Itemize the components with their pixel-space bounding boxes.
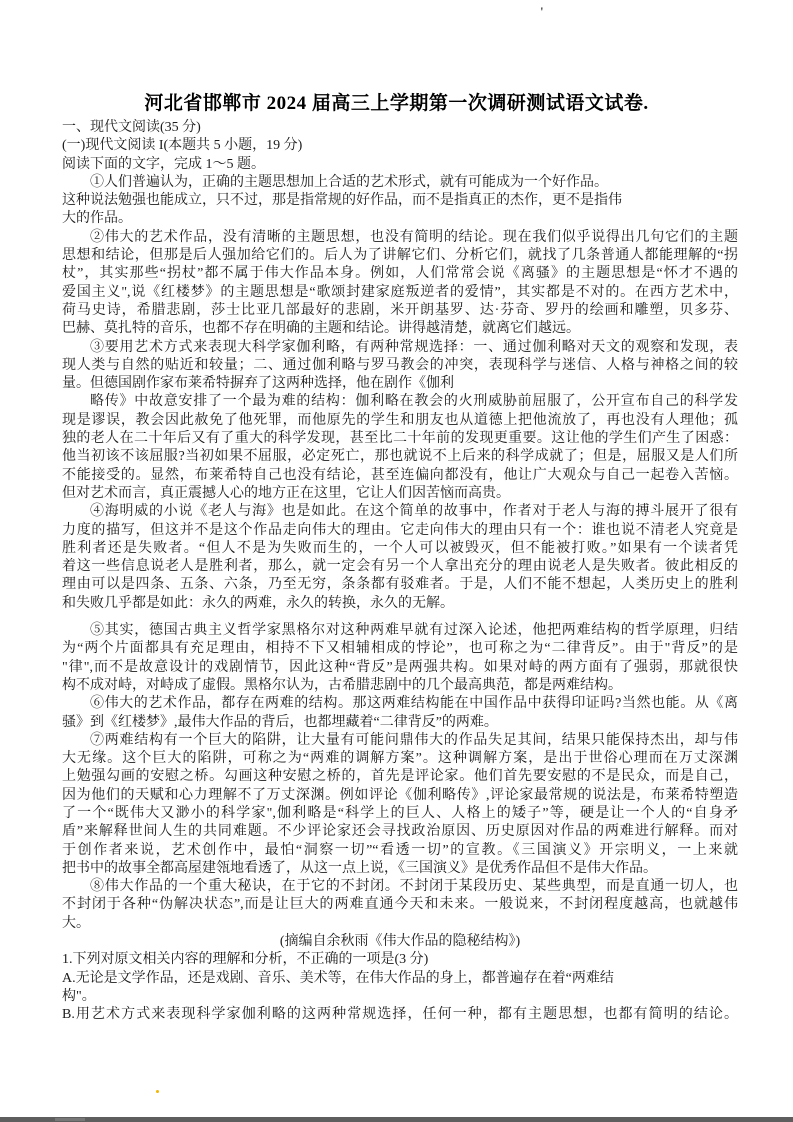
text-line: "律",而不是故意设计的戏剧情节，因此这种“背反”是两强共构。如果对峙的两方面有… (62, 659, 738, 677)
text-line: ⑦两难结构有一个巨大的陷阱，让大量有可能问鼎伟大的作品失足其间，结果只能保持杰出… (62, 732, 738, 750)
text-line: 略传》中故意安排了一个最为难的结构：伽利略在教会的火刑威胁前屈服了，公开宣布自己… (62, 393, 738, 411)
text-line: 盾”来解释世间人生的共同难题。不少评论家还会寻找政治原因、历史原因对作品的两难进… (62, 823, 738, 841)
text-line: 骚》到《红楼梦》,最伟大作品的背后，也都埋藏着“二律背反”的两难。 (62, 714, 738, 732)
text-line: 构"。 (62, 988, 738, 1006)
text-line: 构不成对峙，对峙成了虚假。黑格尔认为，古希腊悲剧中的几个最高典范，都是两难结构。 (62, 677, 738, 695)
text-line: 胜利者还是失败者。“但人不是为失败而生的，一个人可以被毁灭，但不能被打败。”如果… (62, 540, 738, 558)
text-line: 大。 (62, 915, 738, 933)
text-line: 杖”，其实那些“拐杖”都不属于伟大作品本身。例如，人们常常会说《离骚》的主题思想… (62, 265, 738, 283)
text-line: 上勉强勾画的安慰之桥。勾画这种安慰之桥的，首先是评论家。他们首先要安慰的不是民众… (62, 768, 738, 786)
text-line: 独的老人在二十年后又有了重大的科学发现，甚至比二十年前的发现更重要。这让他的学生… (62, 430, 738, 448)
text-line: 爱国主义",说《红楼梦》的主题思想是“歌颂封建家庭叛逆者的爱情”，其实都是不对的… (62, 284, 738, 302)
text-line: ⑤其实，德国古典主义哲学家黑格尔对这种两难早就有过深入论述，他把两难结构的哲学原… (62, 622, 738, 640)
text-line: (一)现代文阅读 I(本题共 5 小题，19 分) (62, 137, 738, 155)
text-line: ③要用艺术方式来表现大科学家伽利略，有两种常规选择：一、通过伽利略对天文的观察和… (62, 339, 738, 357)
stray-speck (156, 1090, 159, 1093)
text-line: 现人类与自然的贴近和较量；二、通过伽利略与罗马教会的冲突，表现科学与迷信、人格与… (62, 357, 738, 375)
text-line: 不能接受的。显然，布莱希特自己也没有结论，甚至连偏向都没有，他让广大观众与自己一… (62, 467, 738, 485)
text-line: 因为他们的天赋和心力理解不了万丈深渊。例如评论《伽利略传》,评论家最常规的说法是… (62, 787, 738, 805)
text-line: 为“两个片面都具有充足理由，相持不下又相辅相成的悖论”，也可称之为“二律背反”。… (62, 640, 738, 658)
text-line: B.用艺术方式来表现科学家伽利略的这两种常规选择，任何一种，都有主题思想，也都有… (62, 1006, 738, 1024)
text-line: ④海明威的小说《老人与海》也是如此。在这个简单的故事中，作者对于老人与海的搏斗展… (62, 503, 738, 521)
text-line: A.无论是文学作品，还是戏剧、音乐、美术等，在伟大作品的身上，都普遍存在着“两难… (62, 970, 738, 988)
text-line: ⑥伟大的艺术作品，都存在两难的结构。那这两难结构能在中国作品中获得印证吗?当然也… (62, 695, 738, 713)
text-line: 量。但德国剧作家布莱希特摒弃了这两种选择，他在剧作《伽利 (62, 375, 738, 393)
text-line: 巴赫、莫扎特的音乐，也都不存在明确的主题和结论。讲得越清楚，就离它们越远。 (62, 320, 738, 338)
text-line: ②伟大的艺术作品，没有清晰的主题思想，也没有简明的结论。现在我们似乎说得出几句它… (62, 229, 738, 247)
page-title: 河北省邯郸市 2024 届高三上学期第一次调研测试语文试卷. (30, 93, 763, 115)
text-line: 大无缘。这个巨大的陷阱，可称之为“两难的调解方案”。这种调解方案，是出于世俗心理… (62, 750, 738, 768)
text-line: 荷马史诗，希腊悲剧，莎士比亚几部最好的悲剧，米开朗基罗、达·芬奇、罗丹的绘画和雕… (62, 302, 738, 320)
text-line: 着这一些信息说老人是胜利者，那么，就一定会有另一个人拿出充分的理由说老人是失败者… (62, 558, 738, 576)
text-line: 和失败几乎都是如此：永久的两难，永久的转换，永久的无解。 (62, 595, 738, 613)
text-line: 理由可以是四条、五条、六条，乃至无穷，条条都有驳难者。于是，人们不能不想起，人类… (62, 576, 738, 594)
text-line: ①人们普遍认为，正确的主题思想加上合适的艺术形式，就有可能成为一个好作品。 (62, 174, 738, 192)
text-line: 于创作者来说，艺术创作中，最怕“洞察一切”“看透一切”的宣教。《三国演义》开宗明… (62, 842, 738, 860)
text-line: 不封闭于各种“伪解决状态”,而是让巨大的两难直通今天和未来。一般说来，不封闭程度… (62, 896, 738, 914)
text-line: 阅读下面的文字，完成 1～5 题。 (62, 156, 738, 174)
text-line: (摘编自余秋雨《伟大作品的隐秘结构》) (62, 933, 738, 951)
text-line: 了一个“既伟大又渺小的科学家",伽利略是“科学上的巨人、人格上的矮子”等，硬是让… (62, 805, 738, 823)
text-line: 力度的描写，但这并不是这个作品走向伟大的理由。它走向伟大的理由只有一个：谁也说不… (62, 522, 738, 540)
text-line: 1.下列对原文相关内容的理解和分析，不正确的一项是(3 分) (62, 951, 738, 969)
text-line: 现是谬误，教会因此赦免了他死罪，而他原先的学生和朋友也从道德上把他流放了，再也没… (62, 412, 738, 430)
text-line: 把书中的故事全都高屋建瓴地看透了，从这一点上说，《三国演义》是优秀作品但不是伟大… (62, 860, 738, 878)
text-line: 但对艺术而言，真正震撼人心的地方正在这里，它让人们因苦恼而高贵。 (62, 485, 738, 503)
text-line: 思想和结论，但那是后人强加给它们的。后人为了讲解它们、分析它们，就找了几条普通人… (62, 247, 738, 265)
bar-smudge (55, 1118, 85, 1121)
text-line: 他当初该不该屈服?当初如果不屈服，必定死亡，那也就说不上后来的科学成就了；但是，… (62, 448, 738, 466)
text-line: 大的作品。 (62, 210, 738, 228)
bottom-bar (0, 1117, 793, 1122)
text-line: ⑧伟大作品的一个重大秘诀，在于它的不封闭。不封闭于某段历史、某些典型，而是直通一… (62, 878, 738, 896)
document-body: 一、现代文阅读(35 分)(一)现代文阅读 I(本题共 5 小题，19 分)阅读… (62, 119, 738, 1025)
stray-mark: ' (540, 6, 544, 18)
text-line: 这种说法勉强也能成立，只不过，那是指常规的好作品，而不是指真正的杰作，更不是指伟 (62, 192, 738, 210)
blank-line (62, 613, 738, 622)
text-line: 一、现代文阅读(35 分) (62, 119, 738, 137)
